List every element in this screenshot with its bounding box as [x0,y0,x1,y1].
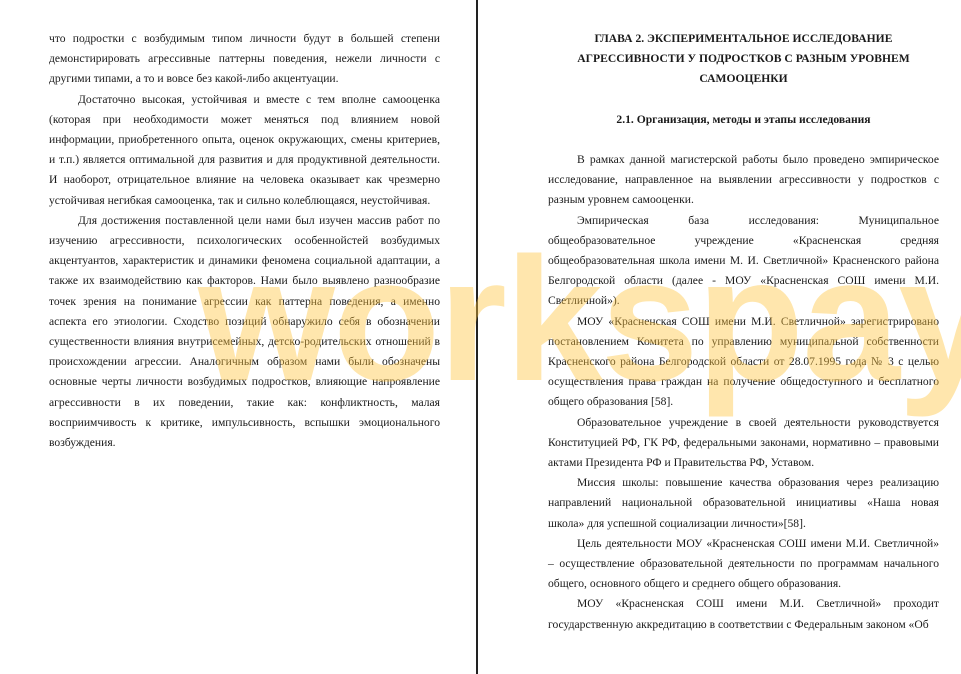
right-page-text: В рамках данной магистерской работы было… [548,150,939,635]
right-paragraph-6: Цель деятельности МОУ «Красненская СОШ и… [548,534,939,595]
left-page: что подростки с возбудимым типом личност… [0,0,476,674]
right-paragraph-2: Эмпирическая база исследования: Муниципа… [548,211,939,312]
right-paragraph-7: МОУ «Красненская СОШ имени М.И. Светличн… [548,594,939,634]
right-paragraph-1: В рамках данной магистерской работы было… [548,150,939,211]
left-page-text: что подростки с возбудимым типом личност… [49,29,440,453]
right-paragraph-3: МОУ «Красненская СОШ имени М.И. Светличн… [548,312,939,413]
left-paragraph-2: Достаточно высокая, устойчивая и вместе … [49,90,440,211]
right-page: ГЛАВА 2. ЭКСПЕРИМЕНТАЛЬНОЕ ИССЛЕДОВАНИЕ … [478,0,961,674]
chapter-title: ГЛАВА 2. ЭКСПЕРИМЕНТАЛЬНОЕ ИССЛЕДОВАНИЕ … [548,29,939,90]
left-paragraph-3: Для достижения поставленной цели нами бы… [49,211,440,453]
section-title: 2.1. Организация, методы и этапы исследо… [548,110,939,130]
right-paragraph-4: Образовательное учреждение в своей деяте… [548,413,939,474]
right-paragraph-5: Миссия школы: повышение качества образов… [548,473,939,534]
left-paragraph-1: что подростки с возбудимым типом личност… [49,29,440,90]
